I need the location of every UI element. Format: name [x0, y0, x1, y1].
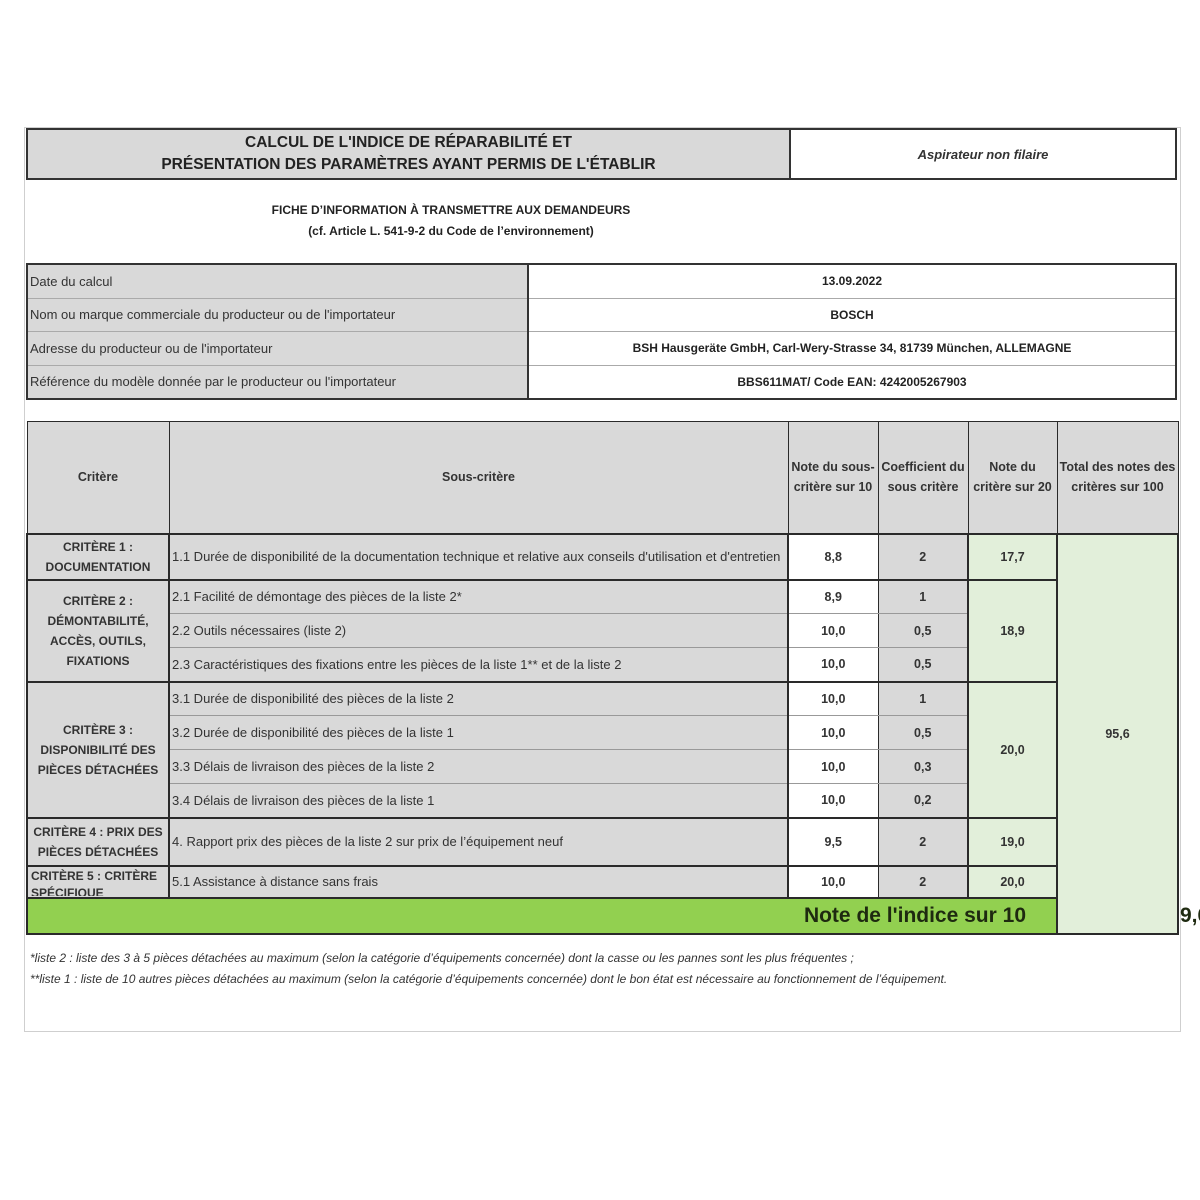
- col-header-coef: Coefficient du sous critère: [878, 422, 968, 534]
- sub-criterion-note: 10,0: [788, 716, 878, 750]
- info-table: Date du calcul 13.09.2022 Nom ou marque …: [26, 263, 1177, 400]
- product-category: Aspirateur non filaire: [791, 130, 1175, 178]
- criterion-name: CRITÈRE 4 : PRIX DES PIÈCES DÉTACHÉES: [27, 818, 169, 866]
- sub-criterion-coef: 0,5: [878, 648, 968, 682]
- sub-criterion-note: 10,0: [788, 784, 878, 818]
- col-header-note-sous: Note du sous-critère sur 10: [788, 422, 878, 534]
- sub-criterion-label: 3.3 Délais de livraison des pièces de la…: [169, 750, 788, 784]
- info-value: BOSCH: [528, 298, 1176, 332]
- col-header-note-critere: Note du critère sur 20: [968, 422, 1057, 534]
- sub-criterion-note: 10,0: [788, 648, 878, 682]
- sub-criterion-note: 10,0: [788, 682, 878, 716]
- sub-criterion-label: 2.2 Outils nécessaires (liste 2): [169, 614, 788, 648]
- col-header-sous-critere: Sous-critère: [169, 422, 788, 534]
- criterion-name: CRITÈRE 5 : CRITÈRE SPÉCIFIQUE: [29, 868, 167, 896]
- sub-criterion-note: 8,9: [788, 580, 878, 614]
- total-score-100: 95,6: [1057, 534, 1178, 934]
- info-row: Date du calcul 13.09.2022: [27, 264, 1176, 298]
- criterion-cell: CRITÈRE 5 : CRITÈRE SPÉCIFIQUE: [27, 866, 169, 898]
- info-label: Date du calcul: [27, 264, 528, 298]
- title-line-2: PRÉSENTATION DES PARAMÈTRES AYANT PERMIS…: [161, 154, 655, 176]
- info-value: BBS611MAT/ Code EAN: 4242005267903: [528, 365, 1176, 399]
- sub-criterion-label: 2.3 Caractéristiques des fixations entre…: [169, 648, 788, 682]
- sub-criterion-label: 3.1 Durée de disponibilité des pièces de…: [169, 682, 788, 716]
- info-label: Adresse du producteur ou de l'importateu…: [27, 332, 528, 366]
- info-value: BSH Hausgeräte GmbH, Carl-Wery-Strasse 3…: [528, 332, 1176, 366]
- final-score-row: Note de l'indice sur 10 9,6: [27, 898, 1178, 934]
- info-value: 13.09.2022: [528, 264, 1176, 298]
- footnote-liste-1: **liste 1 : liste de 10 autres pièces dé…: [30, 969, 947, 990]
- criterion-name: CRITÈRE 1 : DOCUMENTATION: [27, 534, 169, 580]
- criterion-score: 18,9: [968, 580, 1057, 682]
- info-row: Adresse du producteur ou de l'importateu…: [27, 332, 1176, 366]
- sub-criterion-note: 10,0: [788, 866, 878, 898]
- header-block: CALCUL DE L'INDICE DE RÉPARABILITÉ ET PR…: [26, 128, 1177, 180]
- criterion-name: CRITÈRE 2 : DÉMONTABILITÉ, ACCÈS, OUTILS…: [27, 580, 169, 682]
- sub-criterion-label: 2.1 Facilité de démontage des pièces de …: [169, 580, 788, 614]
- sub-criterion-label: 5.1 Assistance à distance sans frais: [169, 866, 788, 898]
- repairability-table: Critère Sous-critère Note du sous-critèr…: [26, 421, 1179, 935]
- info-row: Nom ou marque commerciale du producteur …: [27, 298, 1176, 332]
- footnotes: *liste 2 : liste des 3 à 5 pièces détach…: [30, 948, 947, 990]
- sub-criterion-label: 4. Rapport prix des pièces de la liste 2…: [169, 818, 788, 866]
- table-row: CRITÈRE 4 : PRIX DES PIÈCES DÉTACHÉES 4.…: [27, 818, 1178, 866]
- col-header-total: Total des notes des critères sur 100: [1057, 422, 1178, 534]
- criterion-score: 20,0: [968, 866, 1057, 898]
- sub-criterion-label: 3.2 Durée de disponibilité des pièces de…: [169, 716, 788, 750]
- sub-criterion-coef: 0,5: [878, 716, 968, 750]
- sub-criterion-note: 10,0: [788, 750, 878, 784]
- info-label: Référence du modèle donnée par le produc…: [27, 365, 528, 399]
- sub-criterion-coef: 1: [878, 580, 968, 614]
- col-header-critere: Critère: [27, 422, 169, 534]
- criterion-score: 17,7: [968, 534, 1057, 580]
- sub-criterion-coef: 0,3: [878, 750, 968, 784]
- page-title: CALCUL DE L'INDICE DE RÉPARABILITÉ ET PR…: [28, 130, 791, 178]
- sub-criterion-label: 1.1 Durée de disponibilité de la documen…: [169, 534, 788, 580]
- sub-criterion-note: 10,0: [788, 614, 878, 648]
- sub-criterion-coef: 2: [878, 534, 968, 580]
- criterion-score: 19,0: [968, 818, 1057, 866]
- fiche-subtitle: FICHE D’INFORMATION À TRANSMETTRE AUX DE…: [26, 200, 876, 242]
- sub-criterion-coef: 1: [878, 682, 968, 716]
- table-row: CRITÈRE 3 : DISPONIBILITÉ DES PIÈCES DÉT…: [27, 682, 1178, 716]
- sub-criterion-coef: 2: [878, 866, 968, 898]
- sub-criterion-coef: 2: [878, 818, 968, 866]
- sub-criterion-coef: 0,5: [878, 614, 968, 648]
- sub-criterion-note: 9,5: [788, 818, 878, 866]
- sub-criterion-coef: 0,2: [878, 784, 968, 818]
- info-label: Nom ou marque commerciale du producteur …: [27, 298, 528, 332]
- criterion-score: 20,0: [968, 682, 1057, 818]
- sub-criterion-note: 8,8: [788, 534, 878, 580]
- table-row: CRITÈRE 5 : CRITÈRE SPÉCIFIQUE 5.1 Assis…: [27, 866, 1178, 898]
- sub-criterion-label: 3.4 Délais de livraison des pièces de la…: [169, 784, 788, 818]
- table-row: CRITÈRE 1 : DOCUMENTATION 1.1 Durée de d…: [27, 534, 1178, 580]
- info-row: Référence du modèle donnée par le produc…: [27, 365, 1176, 399]
- fiche-line-1: FICHE D’INFORMATION À TRANSMETTRE AUX DE…: [26, 200, 876, 221]
- criterion-name: CRITÈRE 3 : DISPONIBILITÉ DES PIÈCES DÉT…: [27, 682, 169, 818]
- footnote-liste-2: *liste 2 : liste des 3 à 5 pièces détach…: [30, 948, 947, 969]
- fiche-line-2: (cf. Article L. 541-9-2 du Code de l’env…: [26, 221, 876, 242]
- title-line-1: CALCUL DE L'INDICE DE RÉPARABILITÉ ET: [245, 132, 572, 154]
- final-score-label: Note de l'indice sur 10: [27, 898, 1057, 934]
- table-row: CRITÈRE 2 : DÉMONTABILITÉ, ACCÈS, OUTILS…: [27, 580, 1178, 614]
